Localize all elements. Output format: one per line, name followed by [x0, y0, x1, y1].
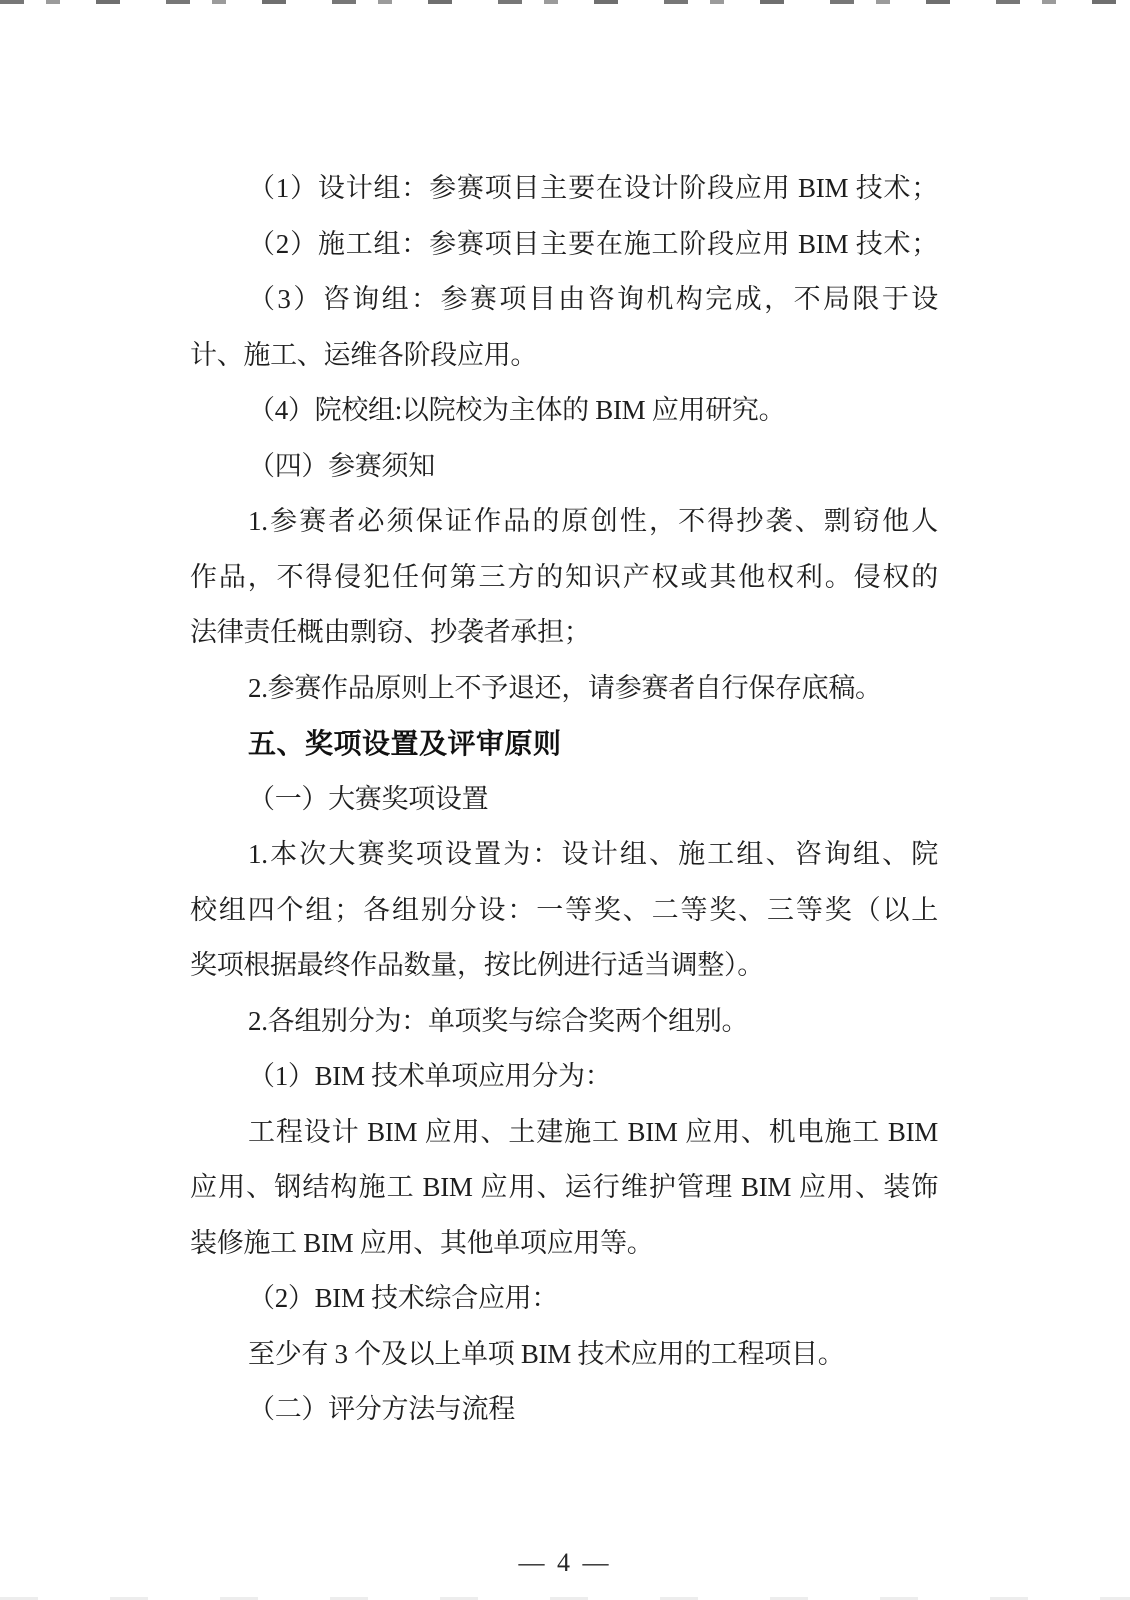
text-line: 2.参赛作品原则上不予退还，请参赛者自行保存底稿。: [190, 661, 938, 717]
text-line: 工程设计 BIM 应用、土建施工 BIM 应用、机电施工 BIM: [190, 1105, 938, 1161]
text-line: 1.本次大赛奖项设置为：设计组、施工组、咨询组、院: [190, 827, 938, 883]
text-line: 奖项根据最终作品数量，按比例进行适当调整）。: [190, 938, 938, 994]
scan-artifact-top-edge: [0, 0, 1130, 4]
text-line: （2）BIM 技术综合应用：: [190, 1271, 938, 1327]
text-line: 应用、钢结构施工 BIM 应用、运行维护管理 BIM 应用、装饰: [190, 1160, 938, 1216]
text-line: （1）BIM 技术单项应用分为：: [190, 1049, 938, 1105]
page-number: — 4 —: [519, 1548, 612, 1577]
text-line: 2.各组别分为：单项奖与综合奖两个组别。: [190, 994, 938, 1050]
text-line: （二）评分方法与流程: [190, 1382, 938, 1438]
text-line: （四）参赛须知: [190, 439, 938, 495]
text-line: 作品，不得侵犯任何第三方的知识产权或其他权利。侵权的: [190, 550, 938, 606]
text-line: 法律责任概由剽窃、抄袭者承担；: [190, 605, 938, 661]
text-line: （1）设计组：参赛项目主要在设计阶段应用 BIM 技术；: [190, 161, 938, 217]
text-line: 1.参赛者必须保证作品的原创性，不得抄袭、剽窃他人: [190, 494, 938, 550]
document-page: （1）设计组：参赛项目主要在设计阶段应用 BIM 技术；（2）施工组：参赛项目主…: [0, 0, 1130, 1600]
text-line: （3）咨询组：参赛项目由咨询机构完成，不局限于设: [190, 272, 938, 328]
text-line: 计、施工、运维各阶段应用。: [190, 328, 938, 384]
section-heading: 五、奖项设置及评审原则: [190, 716, 938, 772]
document-body: （1）设计组：参赛项目主要在设计阶段应用 BIM 技术；（2）施工组：参赛项目主…: [190, 161, 938, 1438]
text-line: （一）大赛奖项设置: [190, 772, 938, 828]
text-line: 至少有 3 个及以上单项 BIM 技术应用的工程项目。: [190, 1327, 938, 1383]
text-line: （4）院校组:以院校为主体的 BIM 应用研究。: [190, 383, 938, 439]
page-footer: — 4 —: [0, 1548, 1130, 1578]
text-line: 装修施工 BIM 应用、其他单项应用等。: [190, 1216, 938, 1272]
text-line: （2）施工组：参赛项目主要在施工阶段应用 BIM 技术；: [190, 217, 938, 273]
text-line: 校组四个组；各组别分设：一等奖、二等奖、三等奖（以上: [190, 883, 938, 939]
